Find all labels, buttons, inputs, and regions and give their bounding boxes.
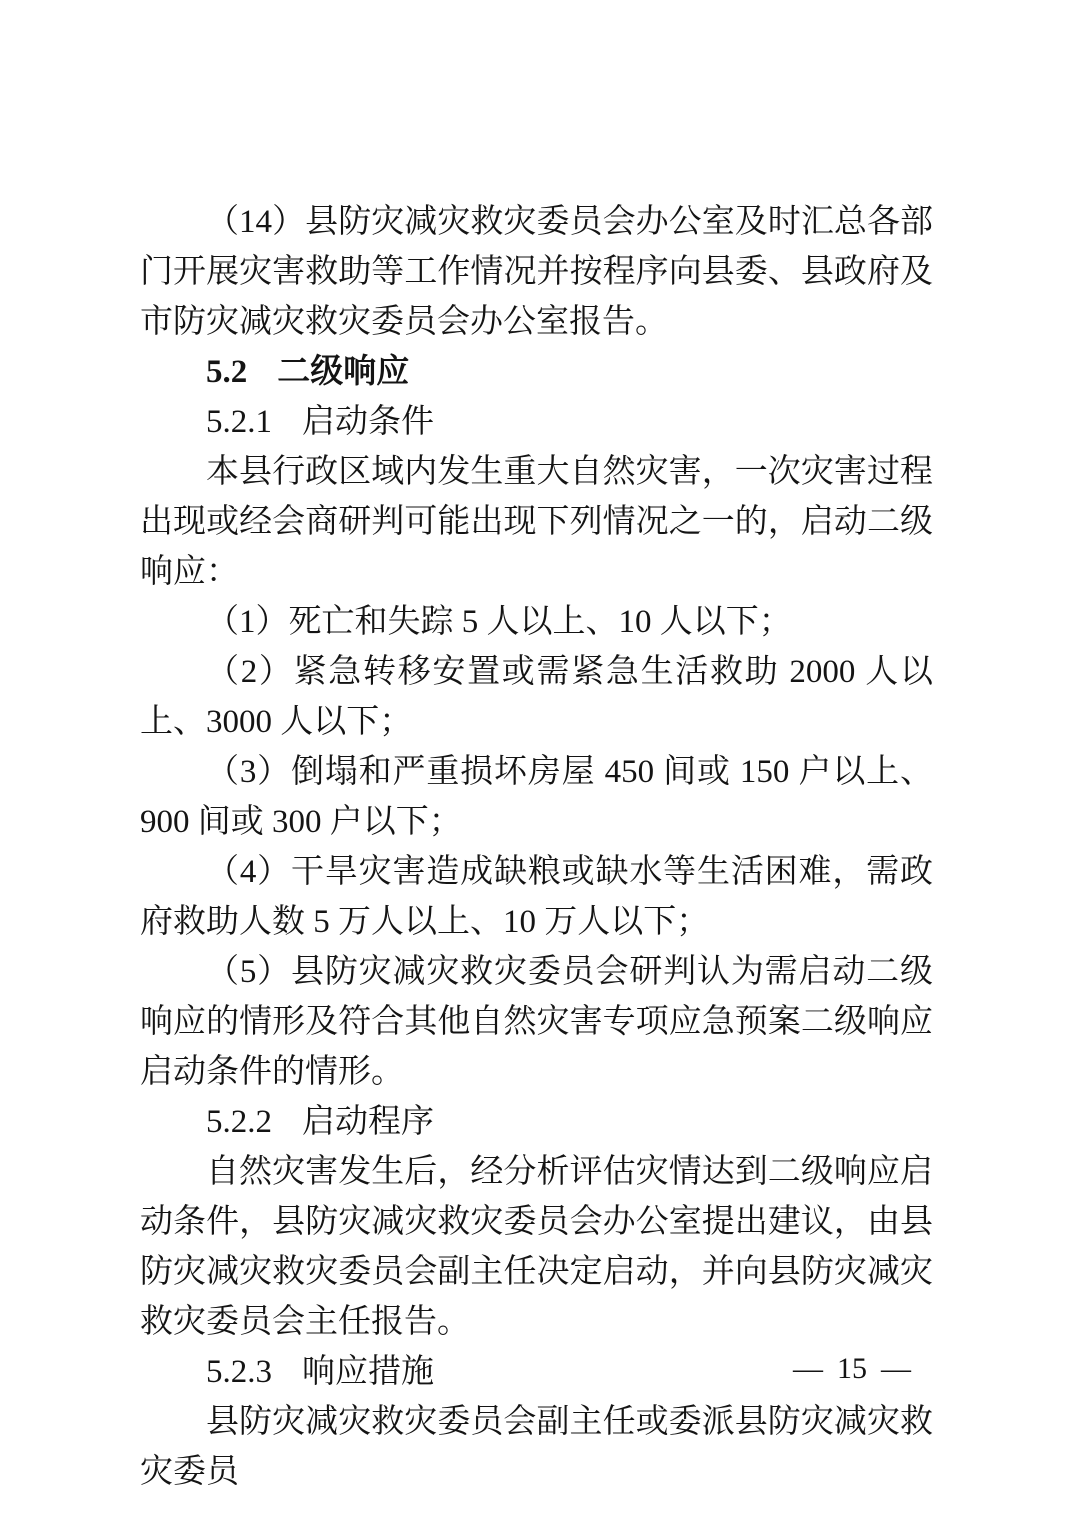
condition-item-2: （2）紧急转移安置或需紧急生活救助 2000 人以上、3000 人以下； — [140, 647, 933, 747]
startup-procedure-paragraph: 自然灾害发生后，经分析评估灾情达到二级响应启动条件，县防灾减灾救灾委员会办公室提… — [140, 1147, 933, 1347]
startup-conditions-intro-paragraph: 本县行政区域内发生重大自然灾害，一次灾害过程出现或经会商研判可能出现下列情况之一… — [140, 447, 933, 597]
page-footer: —15— — [793, 1352, 911, 1386]
response-measures-paragraph: 县防灾减灾救灾委员会副主任或委派县防灾减灾救灾委员 — [140, 1397, 933, 1497]
section-heading-5-2: 5.2二级响应 — [140, 347, 933, 397]
section-number: 5.2 — [206, 347, 247, 397]
document-page: （14）县防灾减灾救灾委员会办公室及时汇总各部门开展灾害救助等工作情况并按程序向… — [0, 0, 1074, 1520]
clause-14-paragraph: （14）县防灾减灾救灾委员会办公室及时汇总各部门开展灾害救助等工作情况并按程序向… — [140, 197, 933, 347]
page-number: 15 — [837, 1352, 867, 1386]
footer-dash-left: — — [793, 1352, 823, 1386]
subsection-heading-5-2-1: 5.2.1启动条件 — [140, 397, 933, 447]
document-content: （14）县防灾减灾救灾委员会办公室及时汇总各部门开展灾害救助等工作情况并按程序向… — [140, 197, 933, 1497]
subsection-title: 启动程序 — [302, 1104, 434, 1140]
subsection-title: 响应措施 — [302, 1354, 434, 1390]
subsection-title: 启动条件 — [302, 404, 434, 440]
footer-dash-right: — — [881, 1352, 911, 1386]
section-title: 二级响应 — [277, 354, 409, 390]
condition-item-5: （5）县防灾减灾救灾委员会研判认为需启动二级响应的情形及符合其他自然灾害专项应急… — [140, 947, 933, 1097]
condition-item-1: （1）死亡和失踪 5 人以上、10 人以下； — [140, 597, 933, 647]
subsection-number: 5.2.2 — [206, 1097, 272, 1147]
subsection-number: 5.2.3 — [206, 1347, 272, 1397]
subsection-number: 5.2.1 — [206, 397, 272, 447]
condition-item-3: （3）倒塌和严重损坏房屋 450 间或 150 户以上、900 间或 300 户… — [140, 747, 933, 847]
condition-item-4: （4）干旱灾害造成缺粮或缺水等生活困难，需政府救助人数 5 万人以上、10 万人… — [140, 847, 933, 947]
subsection-heading-5-2-2: 5.2.2启动程序 — [140, 1097, 933, 1147]
